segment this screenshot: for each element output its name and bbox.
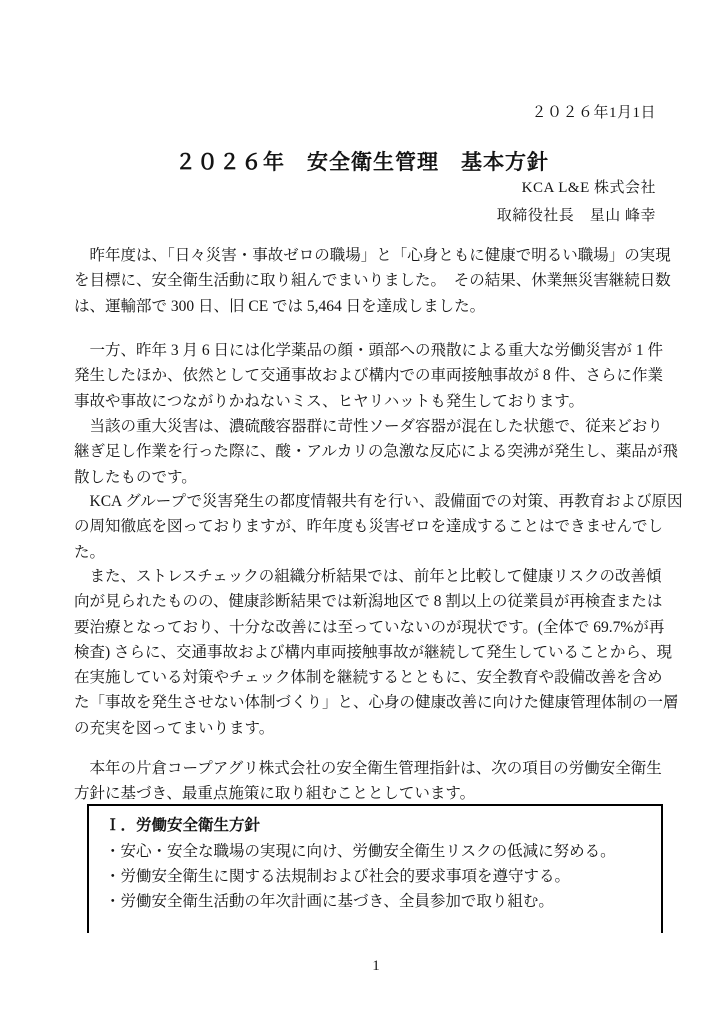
text-line: 要治療となっており、十分な改善には至っていないのが現状です。(全体で 69.7%… bbox=[74, 615, 664, 640]
text-line: た。 bbox=[74, 540, 664, 565]
paragraph-policy-intro: 本年の片倉コープアグリ株式会社の安全衛生管理指針は、次の項目の労働安全衛生方針に… bbox=[74, 756, 664, 807]
text-line: 継ぎ足し作業を行った際に、酸・アルカリの急激な反応による突沸が発生し、薬品が飛 bbox=[74, 439, 664, 464]
text-line: 散したものです。 bbox=[74, 465, 664, 490]
text-line: 発生したほか、依然として交通事故および構内での車両接触事故が 8 件、さらに作業 bbox=[74, 363, 664, 388]
text-line: ・安心・安全な職場の実現に向け、労働安全衛生リスクの低減に努める。 bbox=[105, 839, 651, 864]
text-line: 検査) さらに、交通事故および構内車両接触事故が継続して発生していることから、現 bbox=[74, 640, 664, 665]
text-line: 方針に基づき、最重点施策に取り組むこととしています。 bbox=[74, 781, 664, 806]
company-name: KCA L&E 株式会社 bbox=[0, 176, 656, 197]
paragraph-serious-accident-detail: 当該の重大災害は、濃硫酸容器群に苛性ソーダ容器が混在した状態で、従来どおり継ぎ足… bbox=[74, 414, 664, 490]
paragraph-results-last-year: 昨年度は、「日々災害・事故ゼロの職場」と「心身ともに健康で明るい職場」の実現を目… bbox=[74, 243, 664, 319]
paragraph-accidents-overview: 一方、昨年 3 月 6 日には化学薬品の顔・頭部への飛散による重大な労働災害が … bbox=[74, 338, 664, 414]
document-title: ２０２６年 安全衛生管理 基本方針 bbox=[0, 146, 724, 176]
text-line: 本年の片倉コープアグリ株式会社の安全衛生管理指針は、次の項目の労働安全衛生 bbox=[74, 756, 664, 781]
text-line: た「事故を発生させない体制づくり」と、心身の健康改善に向けた健康管理体制の一層 bbox=[74, 690, 664, 715]
policy-box-heading: Ｉ．労働安全衛生方針 bbox=[105, 813, 651, 839]
text-line: の周知徹底を図っておりますが、昨年度も災害ゼロを達成することはできませんでし bbox=[74, 514, 664, 539]
text-line: は、運輸部で 300 日、旧 CE では 5,464 日を達成しました。 bbox=[74, 294, 664, 319]
text-line: を目標に、安全衛生活動に取り組んでまいりました。 その結果、休業無災害継続日数 bbox=[74, 268, 664, 293]
text-line: ・労働安全衛生活動の年次計画に基づき、全員参加で取り組む。 bbox=[105, 889, 651, 914]
text-line: 当該の重大災害は、濃硫酸容器群に苛性ソーダ容器が混在した状態で、従来どおり bbox=[74, 414, 664, 439]
text-line: の充実を図ってまいります。 bbox=[74, 716, 664, 741]
paragraph-group-countermeasures: KCA グループで災害発生の都度情報共有を行い、設備面での対策、再教育および原因… bbox=[74, 489, 664, 565]
document-page: ２０２６年1月1日 ２０２６年 安全衛生管理 基本方針 KCA L&E 株式会社… bbox=[0, 0, 724, 1024]
paragraph-health-check-status: また、ストレスチェックの組織分析結果では、前年と比較して健康リスクの改善傾向が見… bbox=[74, 564, 664, 741]
text-line: 事故や事故につながりかねないミス、ヒヤリハットも発生しております。 bbox=[74, 389, 664, 414]
document-date: ２０２６年1月1日 bbox=[0, 101, 656, 122]
text-line: 向が見られたものの、健康診断結果では新潟地区で 8 割以上の従業員が再検査または bbox=[74, 589, 664, 614]
policy-box: Ｉ．労働安全衛生方針 ・安心・安全な職場の実現に向け、労働安全衛生リスクの低減に… bbox=[87, 804, 663, 933]
policy-bullet-jis: ・当社の安全衛生マネジメントシステムを JIS Q 45001（2018 年版）… bbox=[105, 915, 651, 933]
text-line: また、ストレスチェックの組織分析結果では、前年と比較して健康リスクの改善傾 bbox=[74, 564, 664, 589]
text-line: ・労働安全衛生に関する法規制および社会的要求事項を遵守する。 bbox=[105, 864, 651, 889]
policy-bullet-list: ・安心・安全な職場の実現に向け、労働安全衛生リスクの低減に努める。・労働安全衛生… bbox=[105, 839, 651, 915]
text-line: 昨年度は、「日々災害・事故ゼロの職場」と「心身ともに健康で明るい職場」の実現 bbox=[74, 243, 664, 268]
signer-name-title: 取締役社長 星山 峰幸 bbox=[0, 204, 656, 225]
text-line: KCA グループで災害発生の都度情報共有を行い、設備面での対策、再教育および原因 bbox=[74, 489, 664, 514]
text-line: 在実施している対策やチェック体制を継続するとともに、安全教育や設備改善を含め bbox=[74, 665, 664, 690]
page-number: 1 bbox=[0, 958, 724, 975]
text-line: 一方、昨年 3 月 6 日には化学薬品の顔・頭部への飛散による重大な労働災害が … bbox=[74, 338, 664, 363]
